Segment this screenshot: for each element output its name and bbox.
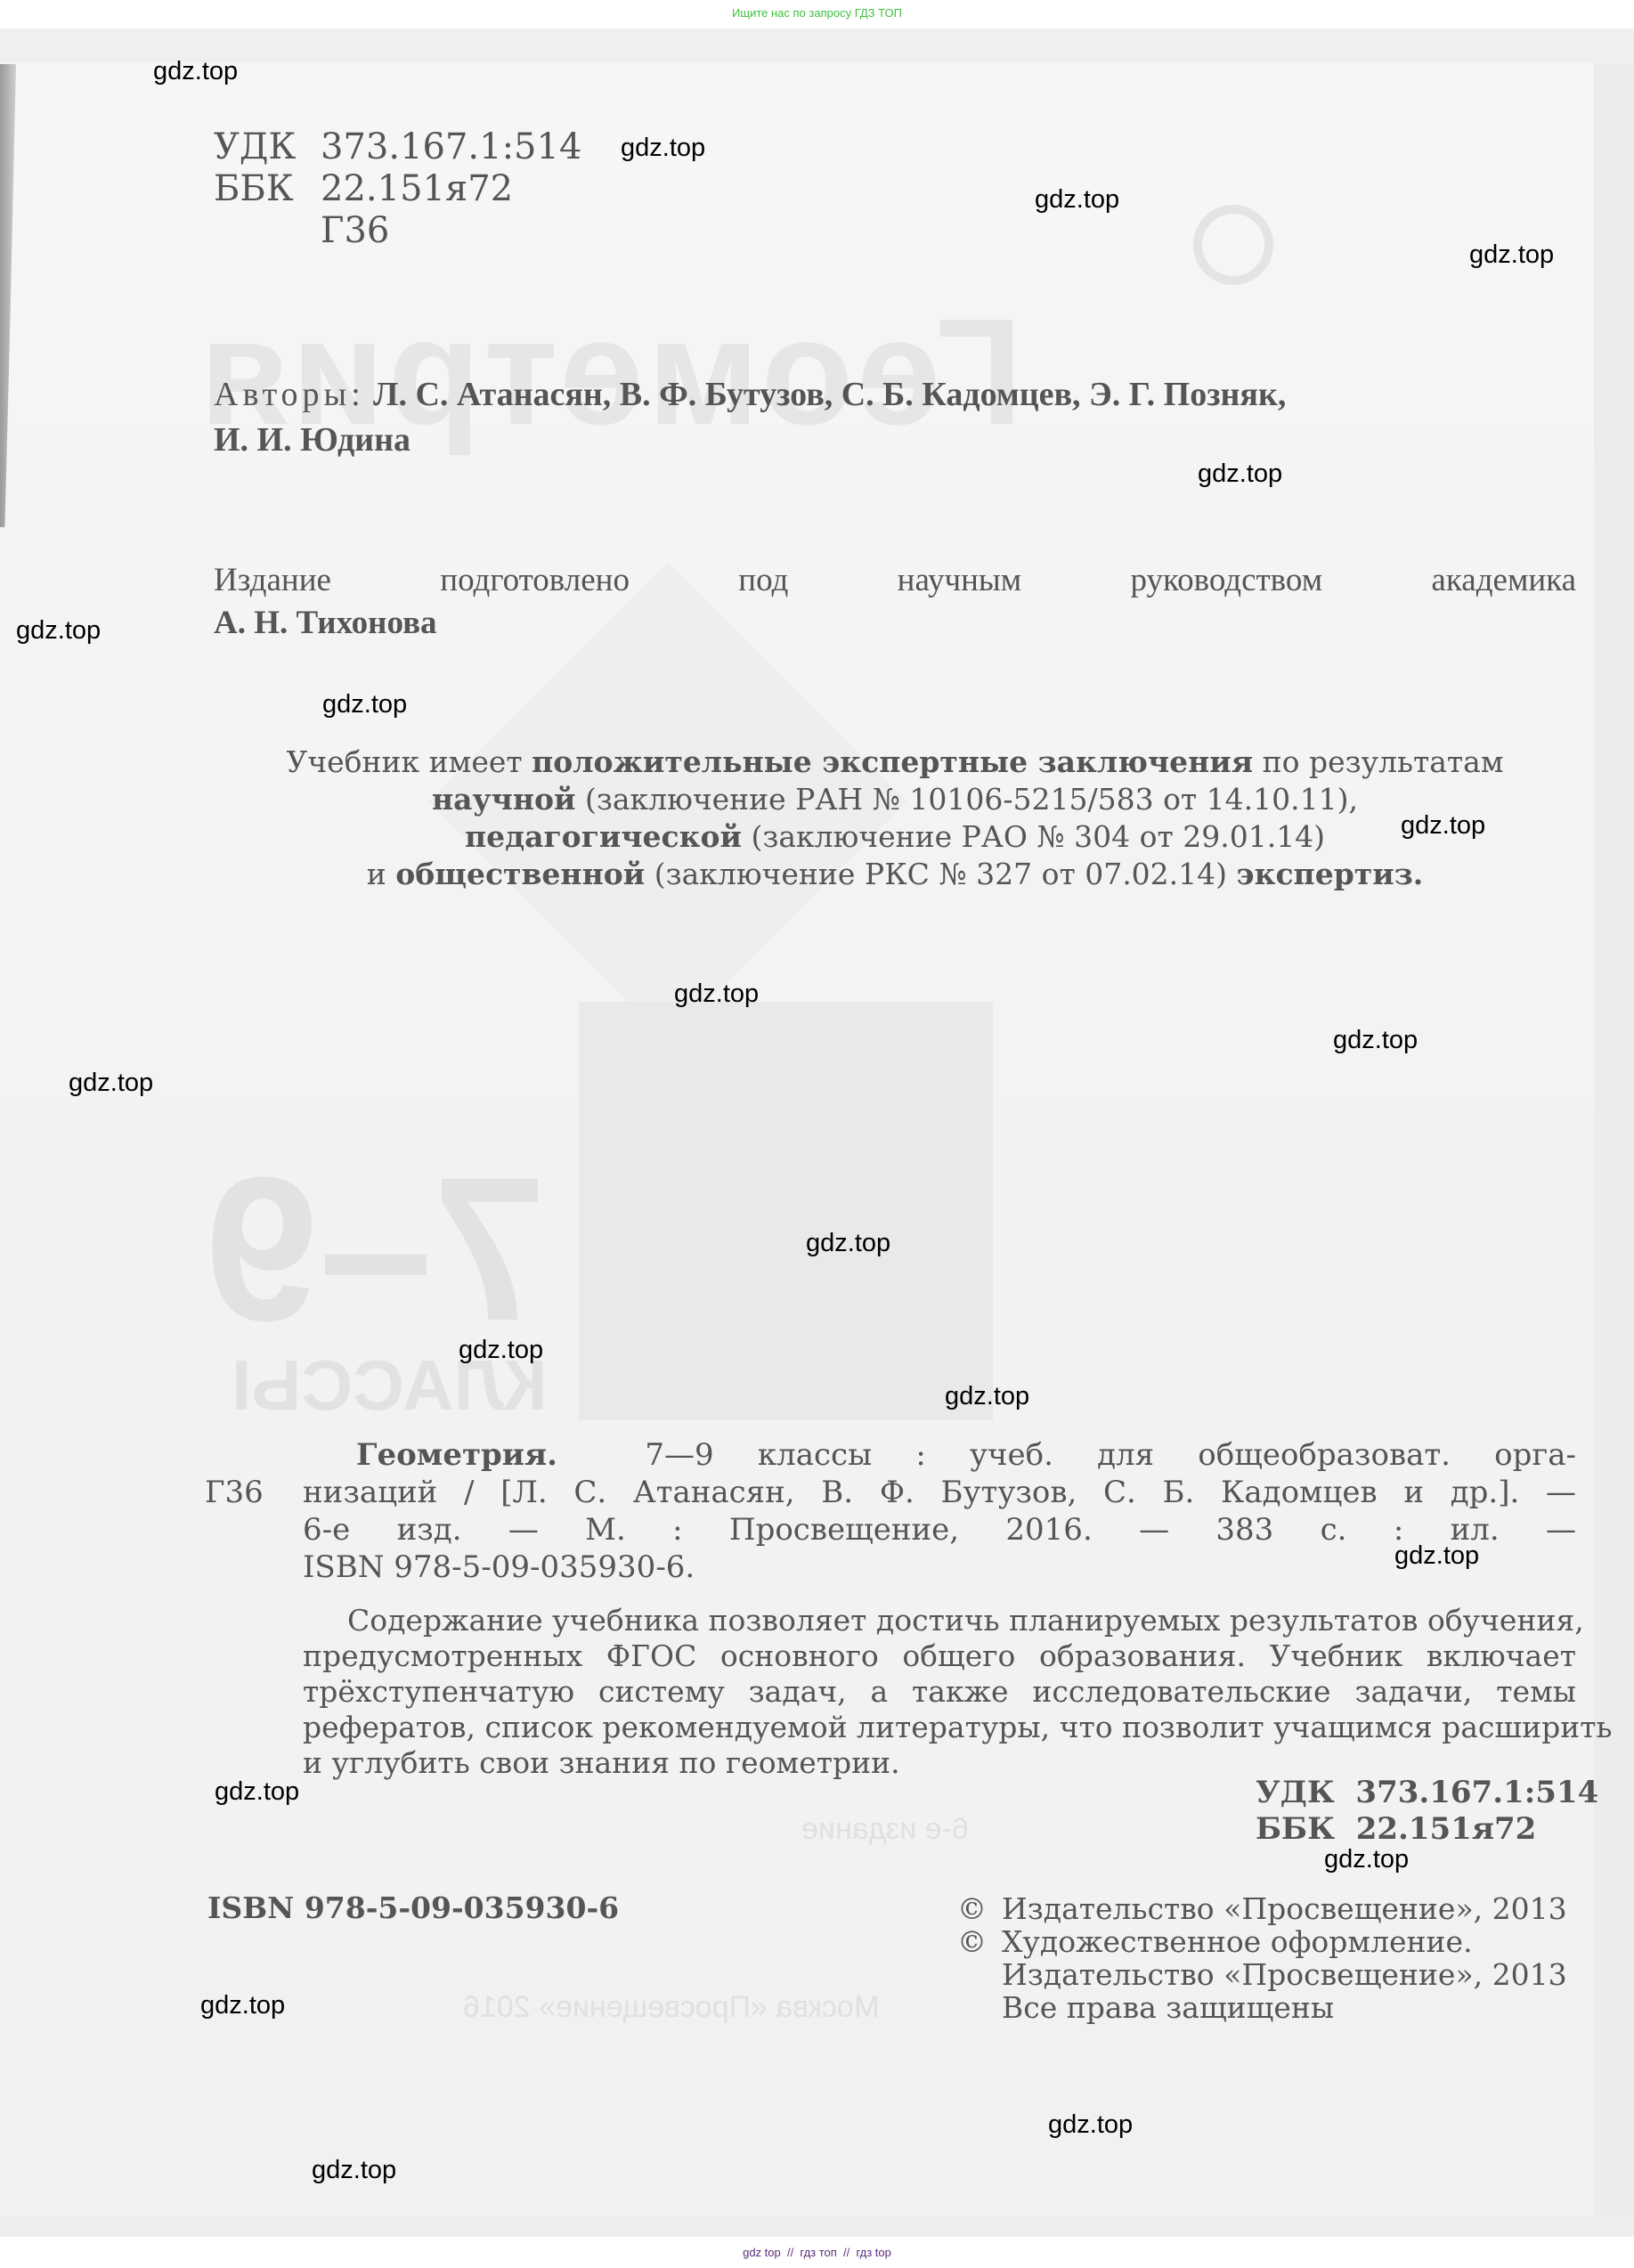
expert-text: по результатам	[1253, 744, 1503, 779]
search-hint-link[interactable]: Ищите нас по запросу ГДЗ ТОП	[732, 6, 902, 20]
abstract-line: трёхступенчатую систему задач, а также и…	[303, 1674, 1576, 1710]
expert-text-bold: экспертиз.	[1237, 857, 1424, 891]
footer-links[interactable]: gdz top // гдз топ // гдз top	[743, 2246, 891, 2259]
gdz-watermark: gdz.top	[1035, 185, 1119, 215]
viewer-background-bottom	[0, 2217, 1634, 2237]
copyright-line: Художественное оформление.	[1002, 1924, 1473, 1959]
copyright-line: Все права защищены	[1002, 1990, 1334, 2025]
gdz-watermark: gdz.top	[674, 980, 759, 1009]
bleed-through-edition: 6-е издание	[801, 1812, 969, 1847]
udk-value: 373.167.1:514	[321, 126, 581, 167]
isbn: ISBN 978-5-09-035930-6	[207, 1890, 619, 1925]
bbk-value: 22.151я72	[321, 168, 513, 209]
expert-text: (заключение РАО № 304 от 29.01.14)	[742, 819, 1325, 854]
gdz-watermark: gdz.top	[1048, 2110, 1133, 2140]
abstract-line: Содержание учебника позволяет достичь пл…	[347, 1603, 1576, 1638]
viewer-background-right	[1594, 64, 1634, 2217]
gdz-watermark: gdz.top	[1394, 1541, 1479, 1571]
bleed-through-box	[579, 1002, 993, 1420]
bibliographic-record: Геометрия. 7—9 классы : учеб. для общеоб…	[205, 1436, 1576, 1586]
expert-text-bold: педагогической	[465, 819, 742, 854]
udk-bottom: УДК 373.167.1:514	[1256, 1775, 1598, 1811]
biblio-line-2: низаций / [Л. С. Атанасян, В. Ф. Бутузов…	[303, 1474, 1576, 1511]
abstract-line: рефератов, список рекомендуемой литерату…	[303, 1710, 1576, 1745]
viewer-background-top	[0, 28, 1634, 64]
biblio-code: Г36	[205, 1474, 264, 1511]
edition-note-name: А. Н. Тихонова	[214, 602, 1576, 645]
udk-label: УДК	[214, 126, 321, 168]
expert-text: (заключение РАН № 10106-5215/583 от 14.1…	[575, 782, 1358, 817]
bleed-through-city: Москва «Просвещение» 2016	[463, 1990, 879, 2025]
gdz-watermark: gdz.top	[1198, 459, 1282, 489]
gdz-watermark: gdz.top	[1324, 1845, 1409, 1874]
biblio-line-3: 6-е изд. — М. : Просвещение, 2016. — 383…	[303, 1511, 1576, 1549]
gdz-watermark: gdz.top	[322, 690, 407, 719]
expert-text: (заключение РКС № 327 от 07.02.14)	[645, 857, 1236, 891]
gdz-watermark: gdz.top	[621, 134, 705, 163]
abstract: Содержание учебника позволяет достичь пл…	[303, 1603, 1576, 1781]
gdz-watermark: gdz.top	[1469, 240, 1554, 270]
expert-reviews: Учебник имеет положительные экспертные з…	[249, 744, 1541, 893]
gdz-watermark: gdz.top	[16, 616, 101, 646]
gdz-watermark: gdz.top	[945, 1382, 1029, 1411]
expert-text: Учебник имеет	[286, 744, 532, 779]
bbk-bottom: ББК 22.151я72	[1256, 1811, 1598, 1848]
bbk-label: ББК	[214, 168, 321, 210]
edition-note-text: Издание подготовлено под научным руковод…	[214, 559, 1576, 602]
gdz-watermark: gdz.top	[806, 1229, 890, 1258]
biblio-line-4: ISBN 978-5-09-035930-6.	[303, 1549, 1576, 1586]
book-title: Геометрия.	[356, 1437, 557, 1473]
expert-text-bold: положительные экспертные заключения	[532, 744, 1253, 779]
authors-line-1: Л. С. Атанасян, В. Ф. Бутузов, С. Б. Кад…	[373, 376, 1286, 413]
copyright-icon: ©	[957, 1925, 1002, 1958]
gdz-watermark: gdz.top	[200, 1991, 285, 2020]
authors: Авторы: Л. С. Атанасян, В. Ф. Бутузов, С…	[214, 372, 1286, 463]
gdz-watermark: gdz.top	[312, 2156, 396, 2185]
gdz-watermark: gdz.top	[69, 1069, 153, 1098]
copyright: ©Издательство «Просвещение», 2013 ©Худож…	[957, 1892, 1567, 2024]
bleed-through-grades: 7–9	[205, 1131, 547, 1367]
gdz-watermark: gdz.top	[1401, 811, 1485, 841]
expert-text-bold: научной	[432, 782, 575, 817]
copyright-line: Издательство «Просвещение», 2013	[1002, 1957, 1567, 1992]
expert-text-bold: общественной	[395, 857, 645, 891]
gdz-watermark: gdz.top	[459, 1336, 543, 1365]
biblio-line-1: 7—9 классы : учеб. для общеобразоват. ор…	[645, 1437, 1576, 1473]
bottom-strip: gdz top // гдз топ // гдз top	[0, 2237, 1634, 2268]
classification-bottom: УДК 373.167.1:514 ББК 22.151я72	[1256, 1775, 1598, 1848]
copyright-icon: ©	[957, 1892, 1002, 1925]
top-banner: Ищите нас по запросу ГДЗ ТОП	[0, 0, 1634, 28]
copyright-line: Издательство «Просвещение», 2013	[1002, 1891, 1567, 1926]
author-mark: Г36	[321, 210, 389, 251]
fgos-logo-icon	[1193, 205, 1273, 285]
abstract-line: предусмотренных ФГОС основного общего об…	[303, 1638, 1576, 1674]
expert-text: и	[367, 857, 395, 891]
authors-label: Авторы:	[214, 376, 365, 413]
authors-line-2: И. И. Юдина	[214, 418, 1286, 463]
gdz-watermark: gdz.top	[153, 57, 238, 86]
gdz-watermark: gdz.top	[215, 1777, 299, 1807]
edition-note: Издание подготовлено под научным руковод…	[214, 559, 1576, 645]
udk-block: УДК373.167.1:514 ББК22.151я72 Г36	[214, 126, 581, 252]
gdz-watermark: gdz.top	[1333, 1026, 1418, 1055]
